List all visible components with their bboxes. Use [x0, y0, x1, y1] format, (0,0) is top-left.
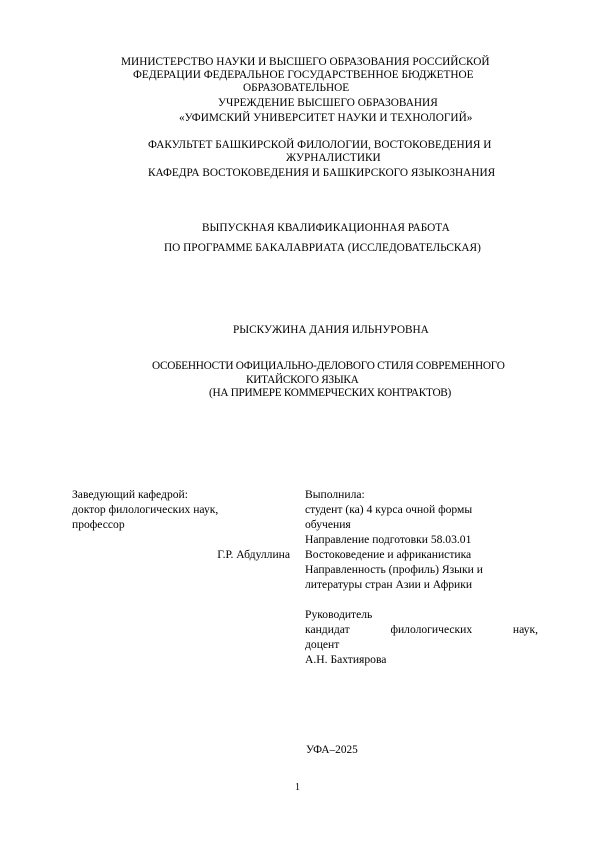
supervisor-degree: кандидат филологических наук,	[305, 622, 538, 637]
performer-line-5: Направленность (профиль) Языки и	[305, 562, 545, 577]
work-type-line-1: ВЫПУСКНАЯ КВАЛИФИКАЦИОННАЯ РАБОТА	[202, 222, 450, 235]
supervisor-degree-word-1: кандидат	[305, 622, 350, 637]
supervisor-label: Руководитель	[305, 607, 545, 622]
author-name: РЫСКУЖИНА ДАНИЯ ИЛЬНУРОВНА	[233, 324, 429, 337]
page-number: 1	[0, 782, 595, 793]
thesis-title-line-1: ОСОБЕННОСТИ ОФИЦИАЛЬНО-ДЕЛОВОГО СТИЛЯ СО…	[152, 360, 505, 373]
performer-line-3: Направление подготовки 58.03.01	[305, 532, 545, 547]
supervisor-degree-word-3: наук,	[513, 622, 538, 637]
performer-line-4: Востоковедение и африканистика	[305, 547, 545, 562]
ministry-line-5: «УФИМСКИЙ УНИВЕРСИТЕТ НАУКИ И ТЕХНОЛОГИЙ…	[179, 112, 472, 125]
head-degree: доктор филологических наук,	[72, 502, 292, 517]
head-name: Г.Р. Абдуллина	[72, 547, 290, 562]
thesis-title-line-3: (НА ПРИМЕРЕ КОММЕРЧЕСКИХ КОНТРАКТОВ)	[209, 387, 451, 400]
thesis-title-line-2: КИТАЙСКОГО ЯЗЫКА	[246, 374, 358, 387]
supervisor-degree-word-2: филологических	[390, 622, 472, 637]
faculty-line-1: ФАКУЛЬТЕТ БАШКИРСКОЙ ФИЛОЛОГИИ, ВОСТОКОВ…	[148, 139, 491, 152]
performer-label: Выполнила:	[305, 487, 545, 502]
ministry-line-2: ФЕДЕРАЦИИ ФЕДЕРАЛЬНОЕ ГОСУДАРСТВЕННОЕ БЮ…	[133, 69, 474, 82]
head-of-department-block: Заведующий кафедрой: доктор филологическ…	[72, 487, 292, 562]
city-year: УФА–2025	[306, 744, 358, 757]
ministry-line-3: ОБРАЗОВАТЕЛЬНОЕ	[243, 82, 349, 95]
performer-line-6: литературы стран Азии и Африки	[305, 577, 545, 592]
supervisor-rank: доцент	[305, 637, 545, 652]
faculty-line-2: ЖУРНАЛИСТИКИ	[286, 152, 381, 165]
performer-block: Выполнила: студент (ка) 4 курса очной фо…	[305, 487, 545, 667]
performer-line-1: студент (ка) 4 курса очной формы	[305, 502, 545, 517]
performer-line-2: обучения	[305, 517, 545, 532]
ministry-line-4: УЧРЕЖДЕНИЕ ВЫСШЕГО ОБРАЗОВАНИЯ	[218, 97, 438, 110]
work-type-line-2: ПО ПРОГРАММЕ БАКАЛАВРИАТА (ИССЛЕДОВАТЕЛЬ…	[164, 242, 481, 255]
head-label: Заведующий кафедрой:	[72, 487, 292, 502]
supervisor-name: А.Н. Бахтиярова	[305, 652, 545, 667]
head-rank: профессор	[72, 517, 292, 532]
ministry-line-1: МИНИСТЕРСТВО НАУКИ И ВЫСШЕГО ОБРАЗОВАНИЯ…	[121, 56, 490, 69]
department: КАФЕДРА ВОСТОКОВЕДЕНИЯ И БАШКИРСКОГО ЯЗЫ…	[148, 167, 495, 180]
